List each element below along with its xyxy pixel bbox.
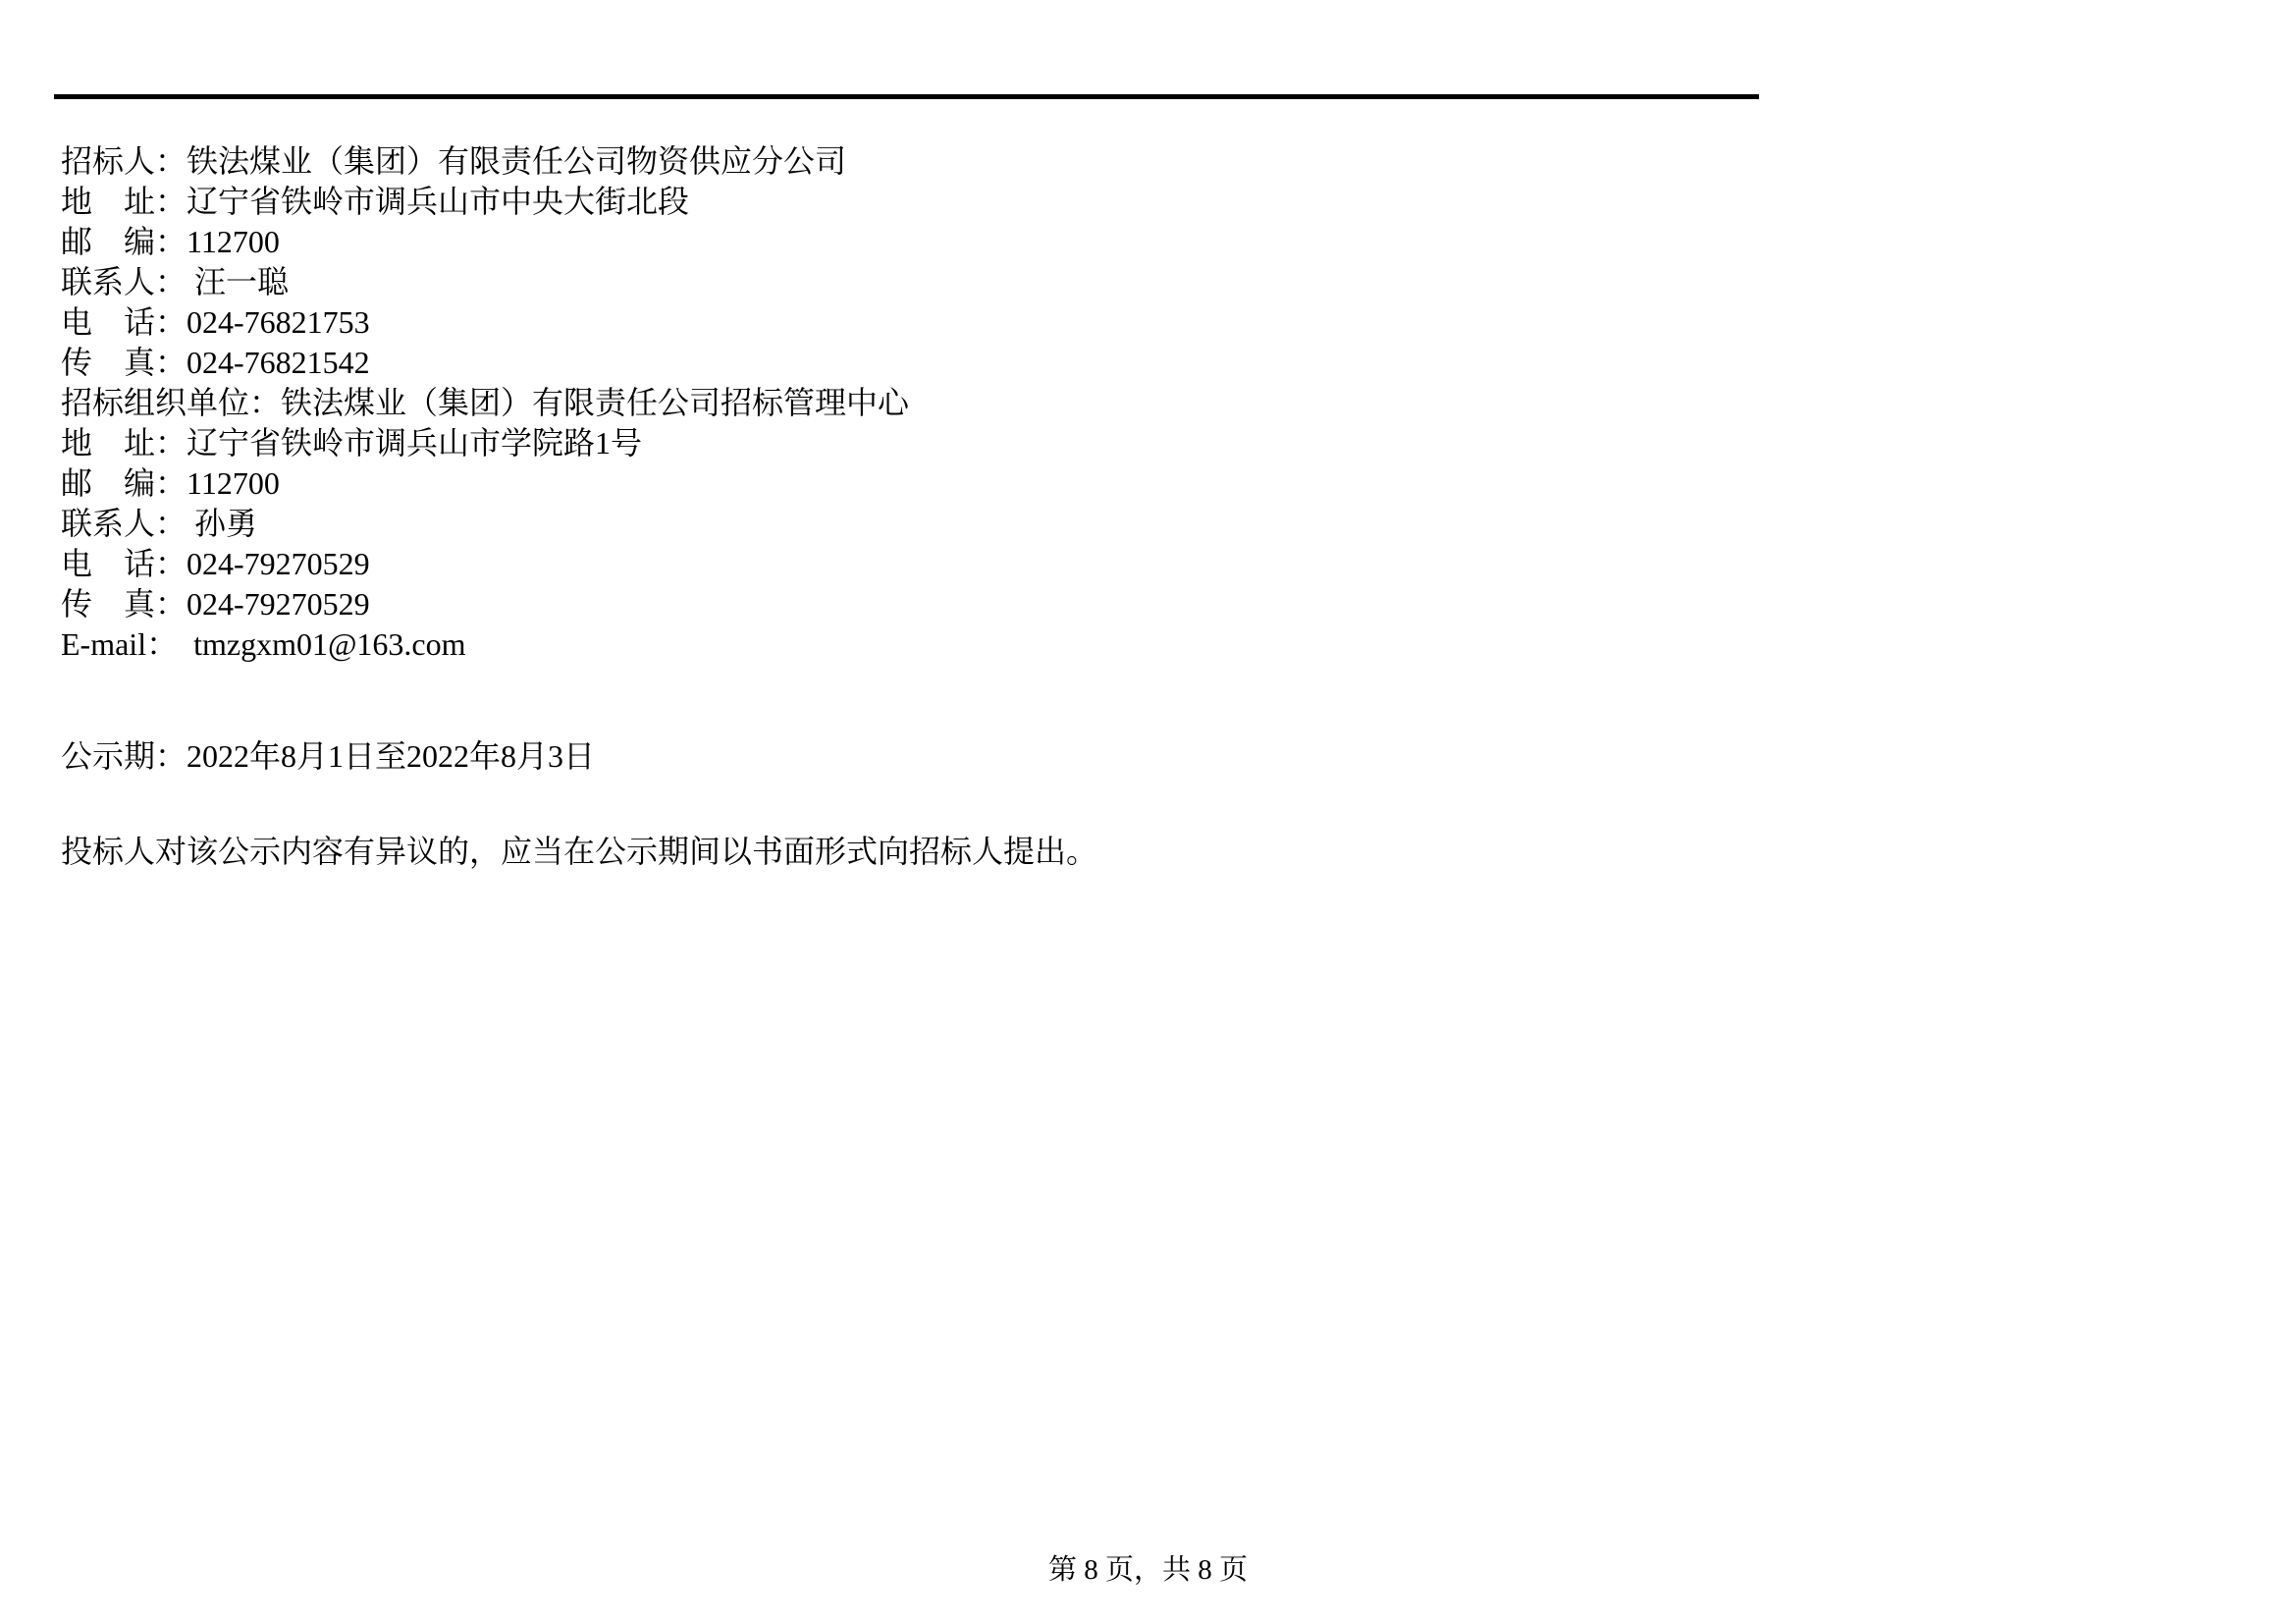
tenderer-phone-line: 电 话：024-76821753 bbox=[61, 302, 909, 343]
header-rule bbox=[54, 94, 1759, 99]
organizer-phone-line: 电 话：024-79270529 bbox=[61, 544, 909, 584]
objection-notice-line: 投标人对该公示内容有异议的，应当在公示期间以书面形式向招标人提出。 bbox=[61, 832, 1097, 872]
tenderer-line: 招标人：铁法煤业（集团）有限责任公司物资供应分公司 bbox=[61, 141, 909, 182]
organizer-postcode-line: 邮 编：112700 bbox=[61, 463, 909, 504]
organizer-line: 招标组织单位：铁法煤业（集团）有限责任公司招标管理中心 bbox=[61, 383, 909, 423]
organizer-contact-line: 联系人： 孙勇 bbox=[61, 504, 909, 544]
publicity-period-line: 公示期：2022年8月1日至2022年8月3日 bbox=[61, 736, 595, 777]
organizer-email-line: E-mail： tmzgxm01@163.com bbox=[61, 624, 909, 665]
organizer-address-line: 地 址：辽宁省铁岭市调兵山市学院路1号 bbox=[61, 423, 909, 463]
tenderer-contact-line: 联系人： 汪一聪 bbox=[61, 262, 909, 302]
contact-info-block: 招标人：铁法煤业（集团）有限责任公司物资供应分公司 地 址：辽宁省铁岭市调兵山市… bbox=[61, 141, 909, 665]
tenderer-address-line: 地 址：辽宁省铁岭市调兵山市中央大街北段 bbox=[61, 182, 909, 222]
tenderer-postcode-line: 邮 编：112700 bbox=[61, 222, 909, 262]
page-number-footer: 第 8 页，共 8 页 bbox=[0, 1552, 2296, 1588]
organizer-fax-line: 传 真：024-79270529 bbox=[61, 584, 909, 624]
tenderer-fax-line: 传 真：024-76821542 bbox=[61, 343, 909, 383]
document-page: 招标人：铁法煤业（集团）有限责任公司物资供应分公司 地 址：辽宁省铁岭市调兵山市… bbox=[0, 0, 2296, 1624]
